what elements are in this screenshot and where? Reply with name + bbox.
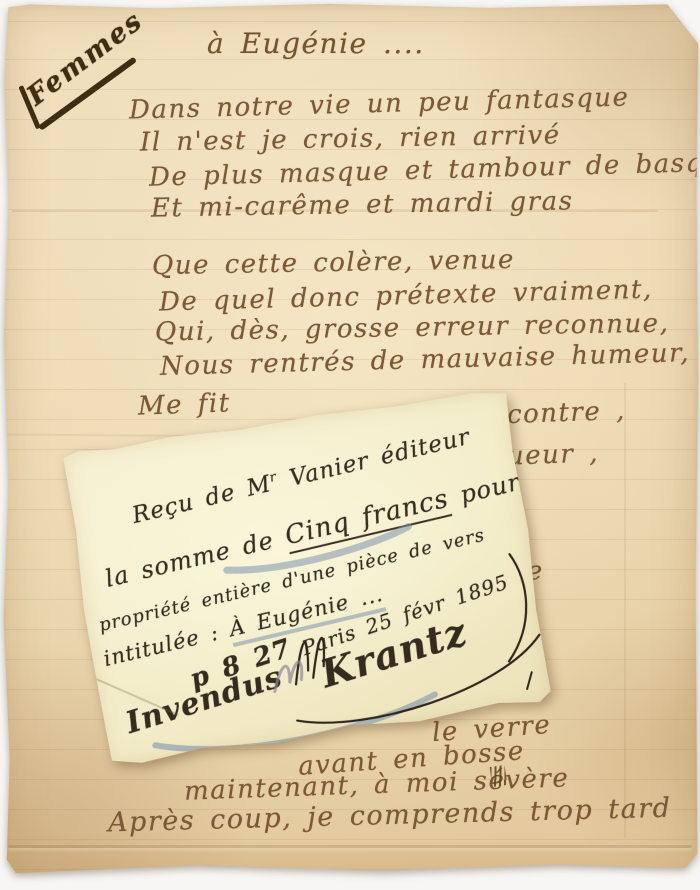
scanned-manuscript: Femmes à Eugénie .... Dans notre vie un …: [0, 0, 700, 890]
signature-tail: [494, 553, 535, 662]
corner-annotation: Femmes: [0, 0, 159, 152]
receipt-card: Reçu de Mr Vanier éditeur la somme de Ci…: [60, 387, 553, 769]
receipt-line2-suffix: pour: [445, 468, 523, 512]
manuscript-page: Femmes à Eugénie .... Dans notre vie un …: [2, 3, 698, 881]
poem-line: Que cette colère, venue: [152, 245, 515, 281]
receipt-card-shadow: Reçu de Mr Vanier éditeur la somme de Ci…: [60, 387, 553, 769]
poem-line-partial: Me fit: [138, 388, 232, 421]
receipt-line1-prefix: Reçu de M: [130, 471, 274, 529]
poem-line: Dans notre vie un peu fantasque: [129, 82, 630, 125]
poem-fragment: ueur ,: [507, 438, 600, 471]
paper-fold-line: [8, 845, 692, 848]
poem-fragment: contre ,: [507, 396, 627, 430]
poem-line: Et mi-carême et mardi gras: [151, 186, 574, 223]
paper-bottom-discoloration: [6, 848, 694, 878]
paper-shadow: Femmes à Eugénie .... Dans notre vie un …: [0, 0, 700, 890]
paper-crease: [624, 383, 626, 838]
ink-tick: [525, 672, 534, 689]
poem-line: Il n'est je crois, rien arrivé: [140, 120, 561, 157]
poem-title: à Eugénie ....: [207, 27, 425, 60]
